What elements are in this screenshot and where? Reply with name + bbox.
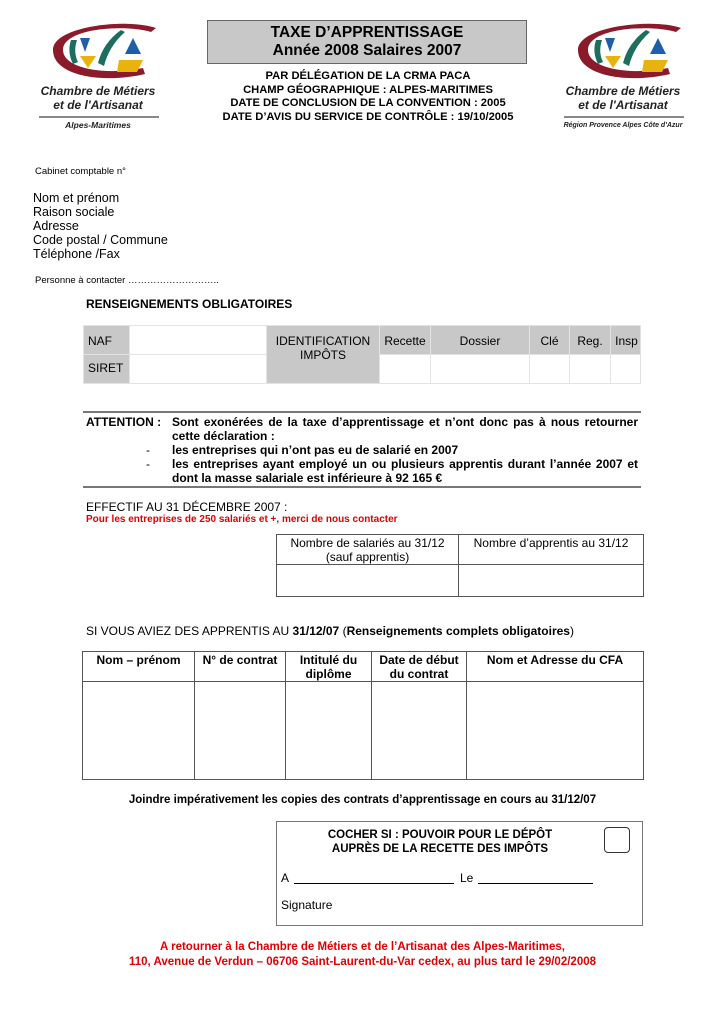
col-nom-adresse-cfa: Nom et Adresse du CFA <box>467 652 644 682</box>
effectif-note: Pour les entreprises de 250 salariés et … <box>86 514 398 525</box>
insp-input[interactable] <box>611 355 641 384</box>
apprentis-heading: SI VOUS AVIEZ DES APPRENTIS AU 31/12/07 … <box>86 624 574 638</box>
attention-label: ATTENTION : <box>86 415 161 429</box>
divider-bottom <box>83 486 641 488</box>
pouvoir-checkbox[interactable] <box>604 827 630 853</box>
logo-divider <box>564 116 684 118</box>
header-info: PAR DÉLÉGATION DE LA CRMA PACA CHAMP GÉO… <box>200 70 536 124</box>
col-nombre-apprentis: Nombre d’apprentis au 31/12 <box>459 535 644 565</box>
siret-input[interactable] <box>130 355 267 384</box>
naf-input[interactable] <box>130 326 267 355</box>
numero-contrat-input[interactable] <box>195 682 286 780</box>
dossier-input[interactable] <box>431 355 530 384</box>
field-raison-sociale[interactable]: Raison sociale <box>33 205 168 219</box>
identification-impots-label: IDENTIFICATION IMPÔTS <box>267 326 380 384</box>
reg-input[interactable] <box>570 355 611 384</box>
col-nombre-salaries: Nombre de salariés au 31/12 (sauf appren… <box>277 535 459 565</box>
date-label: Le <box>460 871 473 885</box>
bullet-marker: - <box>146 443 150 457</box>
naf-label: NAF <box>84 326 130 355</box>
logo-name: Chambre de Métiers et de l'Artisanat <box>558 84 688 112</box>
form-title: TAXE D’APPRENTISSAGE <box>208 24 526 42</box>
form-subtitle: Année 2008 Salaires 2007 <box>208 42 526 60</box>
exemption-apprentices: les entreprises ayant employé un ou plus… <box>172 457 638 485</box>
cma-logo-right: Chambre de Métiers et de l'Artisanat Rég… <box>558 18 688 138</box>
col-numero-contrat: N° de contrat <box>195 652 286 682</box>
col-intitule-diplome: Intitulé dudiplôme <box>286 652 372 682</box>
exemption-no-employees: les entreprises qui n’ont pas eu de sala… <box>172 443 458 457</box>
logo-name: Chambre de Métiers et de l'Artisanat <box>33 84 163 112</box>
nombre-apprentis-input[interactable] <box>459 565 644 597</box>
field-nom-prenom[interactable]: Nom et prénom <box>33 191 168 205</box>
cle-input[interactable] <box>530 355 570 384</box>
col-reg: Reg. <box>570 326 611 355</box>
lieu-input[interactable] <box>294 883 454 884</box>
date-input[interactable] <box>478 883 593 884</box>
logo-divider <box>39 116 159 118</box>
renseignements-heading: RENSEIGNEMENTS OBLIGATOIRES <box>86 297 292 311</box>
company-fields: Nom et prénom Raison sociale Adresse Cod… <box>33 191 168 261</box>
renseignements-table: NAF IDENTIFICATION IMPÔTS Recette Dossie… <box>83 325 641 384</box>
siret-label: SIRET <box>84 355 130 384</box>
effectif-table: Nombre de salariés au 31/12 (sauf appren… <box>276 534 644 597</box>
cabinet-comptable-label: Cabinet comptable n° <box>35 166 126 177</box>
pouvoir-label: COCHER SI : POUVOIR POUR LE DÉPÔT AUPRÈS… <box>300 828 580 856</box>
signature-label: Signature <box>281 898 332 912</box>
cfa-input[interactable] <box>467 682 644 780</box>
col-nom-prenom: Nom – prénom <box>83 652 195 682</box>
nombre-salaries-input[interactable] <box>277 565 459 597</box>
cma-logo-left: Chambre de Métiers et de l'Artisanat Alp… <box>33 18 163 138</box>
apprentis-table: Nom – prénom N° de contrat Intitulé dudi… <box>82 651 644 780</box>
recette-input[interactable] <box>380 355 431 384</box>
cma-emblem-icon <box>33 18 163 82</box>
effectif-heading: EFFECTIF AU 31 DÉCEMBRE 2007 : <box>86 500 287 514</box>
col-cle: Clé <box>530 326 570 355</box>
return-address: A retourner à la Chambre de Métiers et d… <box>82 940 643 970</box>
field-telephone-fax[interactable]: Téléphone /Fax <box>33 247 168 261</box>
logo-region: Région Provence Alpes Côte d'Azur <box>558 122 688 129</box>
col-date-debut: Date de débutdu contrat <box>372 652 467 682</box>
nom-prenom-input[interactable] <box>83 682 195 780</box>
field-adresse[interactable]: Adresse <box>33 219 168 233</box>
lieu-label: A <box>281 871 289 885</box>
title-box: TAXE D’APPRENTISSAGE Année 2008 Salaires… <box>207 20 527 64</box>
bullet-marker: - <box>146 457 150 471</box>
col-recette: Recette <box>380 326 431 355</box>
cma-emblem-icon <box>558 18 688 82</box>
contact-person-field[interactable]: Personne à contacter ……………………….. <box>35 275 219 286</box>
logo-region: Alpes-Maritimes <box>33 120 163 130</box>
date-debut-input[interactable] <box>372 682 467 780</box>
contracts-note: Joindre impérativement les copies des co… <box>82 794 643 806</box>
attention-notice: Sont exonérées de la taxe d’apprentissag… <box>172 415 638 443</box>
col-insp: Insp <box>611 326 641 355</box>
intitule-diplome-input[interactable] <box>286 682 372 780</box>
col-dossier: Dossier <box>431 326 530 355</box>
divider-top <box>83 411 641 413</box>
field-code-postal[interactable]: Code postal / Commune <box>33 233 168 247</box>
